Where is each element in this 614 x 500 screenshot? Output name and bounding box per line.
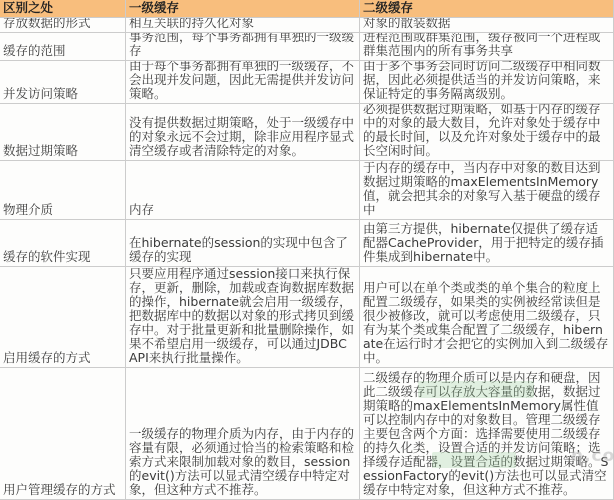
row-label-cell: 用户管理缓存的方式: [0, 368, 126, 500]
second-level-cache-cell: 必须提供数据过期策略，如基于内存的缓存中的对象的最大数目，允许对象处于缓存中的最…: [360, 104, 614, 161]
row-label: 启用缓存的方式: [3, 351, 122, 365]
comparison-table: 区别之处 一级缓存 二级缓存 存放数据的形式 相互关联的持久化对象 对象的散装数…: [0, 0, 614, 500]
row-label-cell: 缓存的范围: [0, 33, 126, 61]
first-level-cache-cell: 相互关联的持久化对象: [126, 18, 360, 33]
second-level-cache-cell: 进程范围或群集范围，缓存被同一个进程或群集范围内的所有事务共享: [360, 33, 614, 61]
row-label: 缓存的范围: [3, 44, 122, 58]
table-header-row: 区别之处 一级缓存 二级缓存: [0, 0, 614, 18]
second-level-cache-cell: 用户可以在单个类或类的单个集合的粒度上配置二级缓存，如果类的实例被经常读但是很少…: [360, 267, 614, 368]
first-level-cache-cell: 一级缓存的物理介质为内存，由于内存的容量有限，必须通过恰当的检索策略和检索方式来…: [126, 368, 360, 500]
first-level-cache-cell: 事务范围，每个事务都拥有单独的一级缓存: [126, 33, 360, 61]
second-level-cache-text: 由第三方提供，hibernate仅提供了缓存适配器CacheProvider，用…: [363, 222, 610, 264]
second-level-cache-text: 二级缓存的物理介质可以是内存和硬盘，因此二级缓存可以存放大容量的数据，数据过期策…: [363, 371, 610, 497]
table-row: 数据过期策略 没有提供数据过期策略，处于一级缓存中的对象永远不会过期，除非应用程…: [0, 104, 614, 161]
row-label-cell: 缓存的软件实现: [0, 220, 126, 267]
row-label: 并发访问策略: [3, 87, 122, 101]
row-label: 数据过期策略: [3, 144, 122, 158]
second-level-cache-cell: 由第三方提供，hibernate仅提供了缓存适配器CacheProvider，用…: [360, 220, 614, 267]
first-level-cache-cell: 只要应用程序通过session接口来执行保存，更新，删除，加载或查询数据库数据的…: [126, 267, 360, 368]
table-row: 用户管理缓存的方式 一级缓存的物理介质为内存，由于内存的容量有限，必须通过恰当的…: [0, 368, 614, 500]
second-level-cache-cell: 内存和硬盘。对象的散装数据首先存放在基于内存的缓存中，当内存中对象的数目达到数据…: [360, 161, 614, 220]
first-level-cache-cell: 在hibernate的session的实现中包含了缓存的实现: [126, 220, 360, 267]
header-first-level-cache-cell: 一级缓存: [126, 0, 360, 18]
second-level-cache-text: 必须提供数据过期策略，如基于内存的缓存中的对象的最大数目，允许对象处于缓存中的最…: [363, 104, 610, 158]
row-label-cell: 物理介质: [0, 161, 126, 220]
first-level-cache-text: 一级缓存的物理介质为内存，由于内存的容量有限，必须通过恰当的检索策略和检索方式来…: [129, 427, 356, 497]
table-row: 并发访问策略 由于每个事务都拥有单独的一级缓存，不会出现并发问题，因此无需提供并…: [0, 61, 614, 104]
second-level-cache-cell: 对象的散装数据: [360, 18, 614, 33]
first-level-cache-text: 在hibernate的session的实现中包含了缓存的实现: [129, 236, 356, 264]
second-level-cache-text: 由于多个事务会同时访问二级缓存中相同数据，因此必须提供适当的并发访问策略，来保证…: [363, 61, 610, 101]
table-row: 存放数据的形式 相互关联的持久化对象 对象的散装数据: [0, 18, 614, 33]
first-level-cache-text: 内存: [129, 203, 356, 217]
row-label-cell: 启用缓存的方式: [0, 267, 126, 368]
row-label: 用户管理缓存的方式: [3, 483, 122, 497]
first-level-cache-text: 相互关联的持久化对象: [129, 18, 356, 30]
first-level-cache-text: 事务范围，每个事务都拥有单独的一级缓存: [129, 33, 356, 58]
second-level-cache-text: 内存和硬盘。对象的散装数据首先存放在基于内存的缓存中，当内存中对象的数目达到数据…: [363, 161, 610, 217]
first-level-cache-text: 没有提供数据过期策略，处于一级缓存中的对象永远不会过期，除非应用程序显式清空缓存…: [129, 116, 356, 158]
row-label: 缓存的软件实现: [3, 250, 122, 264]
table-row: 启用缓存的方式 只要应用程序通过session接口来执行保存，更新，删除，加载或…: [0, 267, 614, 368]
row-label-cell: 并发访问策略: [0, 61, 126, 104]
first-level-cache-cell: 内存: [126, 161, 360, 220]
first-level-cache-cell: 由于每个事务都拥有单独的一级缓存，不会出现并发问题，因此无需提供并发访问策略。: [126, 61, 360, 104]
header-difference-cell: 区别之处: [0, 0, 126, 18]
second-level-cache-text: 用户可以在单个类或类的单个集合的粒度上配置二级缓存，如果类的实例被经常读但是很少…: [363, 281, 610, 365]
second-level-cache-text: 进程范围或群集范围，缓存被同一个进程或群集范围内的所有事务共享: [363, 33, 610, 58]
first-level-cache-cell: 没有提供数据过期策略，处于一级缓存中的对象永远不会过期，除非应用程序显式清空缓存…: [126, 104, 360, 161]
header-first-level-cache-label: 一级缓存: [129, 1, 356, 15]
second-level-cache-text: 对象的散装数据: [363, 18, 610, 30]
table-row: 物理介质 内存 内存和硬盘。对象的散装数据首先存放在基于内存的缓存中，当内存中对…: [0, 161, 614, 220]
second-level-cache-cell: 二级缓存的物理介质可以是内存和硬盘，因此二级缓存可以存放大容量的数据，数据过期策…: [360, 368, 614, 500]
table-row: 缓存的软件实现 在hibernate的session的实现中包含了缓存的实现 由…: [0, 220, 614, 267]
row-label: 物理介质: [3, 203, 122, 217]
row-label: 存放数据的形式: [3, 18, 122, 30]
first-level-cache-text: 由于每个事务都拥有单独的一级缓存，不会出现并发问题，因此无需提供并发访问策略。: [129, 61, 356, 101]
first-level-cache-text: 只要应用程序通过session接口来执行保存，更新，删除，加载或查询数据库数据的…: [129, 267, 356, 365]
second-level-cache-cell: 由于多个事务会同时访问二级缓存中相同数据，因此必须提供适当的并发访问策略，来保证…: [360, 61, 614, 104]
table-row: 缓存的范围 事务范围，每个事务都拥有单独的一级缓存 进程范围或群集范围，缓存被同…: [0, 33, 614, 61]
header-second-level-cache-label: 二级缓存: [363, 1, 610, 15]
header-second-level-cache-cell: 二级缓存: [360, 0, 614, 18]
row-label-cell: 数据过期策略: [0, 104, 126, 161]
header-difference-label: 区别之处: [3, 1, 122, 15]
row-label-cell: 存放数据的形式: [0, 18, 126, 33]
